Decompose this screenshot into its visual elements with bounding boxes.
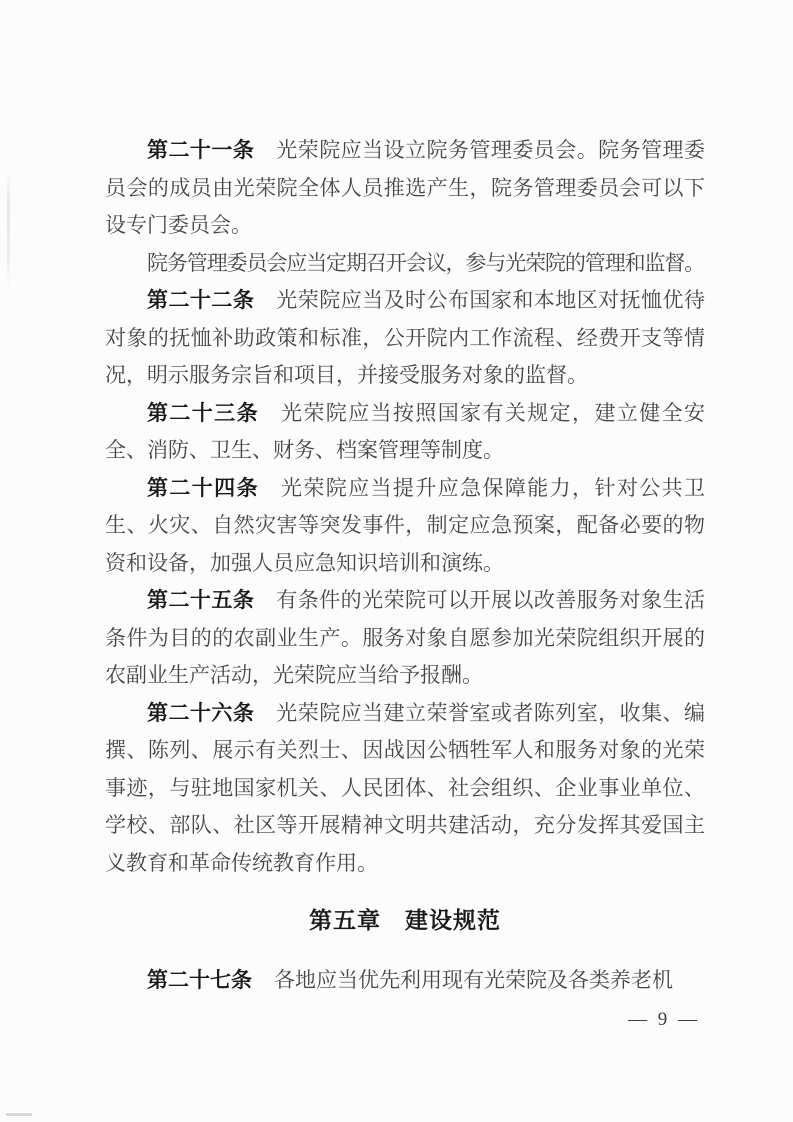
scan-artifact-left-edge [7, 170, 10, 290]
scanned-document-page: 第二十一条光荣院应当设立院务管理委员会。院务管理委员会的成员由光荣院全体人员推选… [0, 0, 793, 1122]
article-22-paragraph: 第二十二条光荣院应当及时公布国家和本地区对抚恤优待对象的抚恤补助政策和标准，公开… [105, 282, 705, 395]
article-27-paragraph: 第二十七条各地应当优先利用现有光荣院及各类养老机 [105, 962, 705, 1000]
article-22-number: 第二十二条 [147, 289, 254, 312]
article-26-paragraph: 第二十六条光荣院应当建立荣誉室或者陈列室，收集、编撰、陈列、展示有关烈士、因战因… [105, 695, 705, 883]
article-24-number: 第二十四条 [147, 477, 259, 500]
article-26-number: 第二十六条 [147, 702, 254, 725]
article-21-subparagraph-text: 院务管理委员会应当定期召开会议，参与光荣院的管理和监督。 [147, 251, 704, 275]
article-25-number: 第二十五条 [147, 589, 254, 612]
article-26-text: 光荣院应当建立荣誉室或者陈列室，收集、编撰、陈列、展示有关烈士、因战因公牺牲军人… [105, 701, 705, 875]
article-27-text: 各地应当优先利用现有光荣院及各类养老机 [274, 968, 673, 992]
article-23-number: 第二十三条 [147, 402, 259, 425]
article-24-paragraph: 第二十四条光荣院应当提升应急保障能力，针对公共卫生、火灾、自然灾害等突发事件，制… [105, 470, 705, 583]
article-23-paragraph: 第二十三条光荣院应当按照国家有关规定，建立健全安全、消防、卫生、财务、档案管理等… [105, 395, 705, 470]
document-body: 第二十一条光荣院应当设立院务管理委员会。院务管理委员会的成员由光荣院全体人员推选… [105, 132, 705, 999]
article-21-paragraph: 第二十一条光荣院应当设立院务管理委员会。院务管理委员会的成员由光荣院全体人员推选… [105, 132, 705, 245]
article-27-number: 第二十七条 [147, 969, 252, 992]
chapter-5-heading: 第五章 建设规范 [105, 902, 705, 940]
article-21-subparagraph: 院务管理委员会应当定期召开会议，参与光荣院的管理和监督。 [105, 245, 705, 283]
article-25-paragraph: 第二十五条有条件的光荣院可以开展以改善服务对象生活条件为目的的农副业生产。服务对… [105, 582, 705, 695]
scan-artifact-corner [6, 1113, 32, 1116]
article-21-number: 第二十一条 [147, 139, 254, 162]
page-number: — 9 — [628, 1006, 700, 1034]
